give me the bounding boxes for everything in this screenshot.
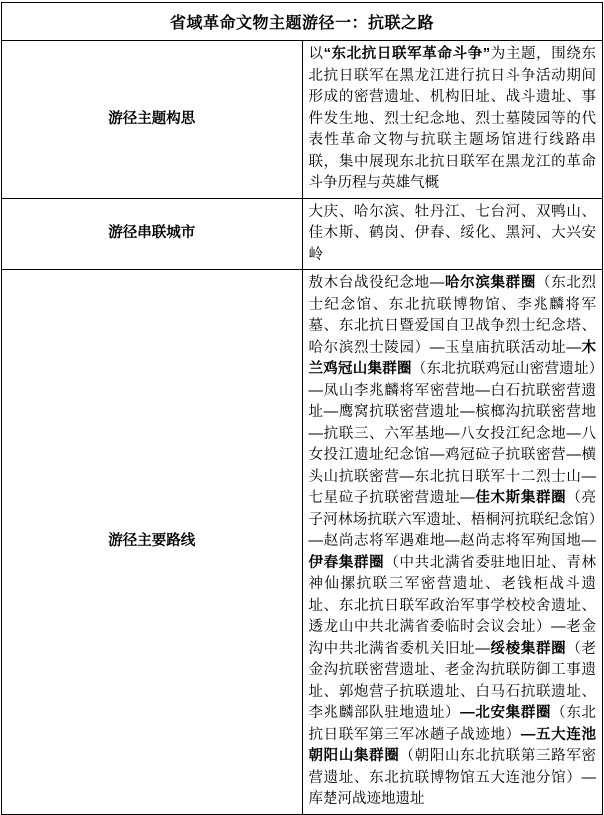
text-segment: 大庆、哈尔滨、牡丹江、七台河、双鸭山、佳木斯、鹤岗、伊春、绥化、黑河、大兴安岭 (309, 204, 597, 263)
table-title: 省域革命文物主题游径一：抗联之路 (2, 3, 603, 41)
row-header-theme: 游径主题构思 (2, 41, 303, 199)
row-header-cities: 游径串联城市 (2, 198, 303, 270)
table-row-theme: 游径主题构思 以“东北抗日联军革命斗争”为主题，围绕东北抗日联军在黑龙江进行抗日… (2, 41, 603, 199)
text-segment: （东北抗联鸡冠山密营遗址）—凤山李兆麟将军密营地—白石抗联密营遗址—鹰窝抗联密营… (309, 361, 597, 506)
route-table: 省域革命文物主题游径一：抗联之路 游径主题构思 以“东北抗日联军革命斗争”为主题… (1, 2, 603, 815)
highlighted-segment: 伊春集群圈 (309, 555, 385, 571)
row-content-mainline: 敖木台战役纪念地—哈尔滨集群圈（东北烈士纪念馆、东北抗联博物馆、李兆麟将军墓、东… (302, 270, 603, 815)
text-segment: 以 (309, 46, 324, 62)
highlighted-segment: 佳木斯集群圈 (475, 490, 567, 506)
table-row-mainline: 游径主要路线 敖木台战役纪念地—哈尔滨集群圈（东北烈士纪念馆、东北抗联博物馆、李… (2, 270, 603, 815)
row-content-theme: 以“东北抗日联军革命斗争”为主题，围绕东北抗日联军在黑龙江进行抗日斗争活动期间形… (302, 41, 603, 199)
table-title-row: 省域革命文物主题游径一：抗联之路 (2, 3, 603, 41)
highlighted-segment: “东北抗日联军革命斗争” (324, 46, 490, 62)
highlighted-segment: 哈尔滨集群圈 (444, 275, 536, 291)
row-content-cities: 大庆、哈尔滨、牡丹江、七台河、双鸭山、佳木斯、鹤岗、伊春、绥化、黑河、大兴安岭 (302, 198, 603, 270)
text-segment: 为主题，围绕东北抗日联军在黑龙江进行抗日斗争活动期间形成的密营遗址、机构旧址、战… (309, 46, 597, 191)
text-segment: 敖木台战役纪念地— (309, 275, 445, 291)
row-header-mainline: 游径主要路线 (2, 270, 303, 815)
document-page: 省域革命文物主题游径一：抗联之路 游径主题构思 以“东北抗日联军革命斗争”为主题… (0, 0, 604, 498)
highlighted-segment: —北安集群圈 (460, 705, 551, 721)
highlighted-segment: 绥棱集群圈 (490, 641, 567, 657)
table-row-cities: 游径串联城市 大庆、哈尔滨、牡丹江、七台河、双鸭山、佳木斯、鹤岗、伊春、绥化、黑… (2, 198, 603, 270)
